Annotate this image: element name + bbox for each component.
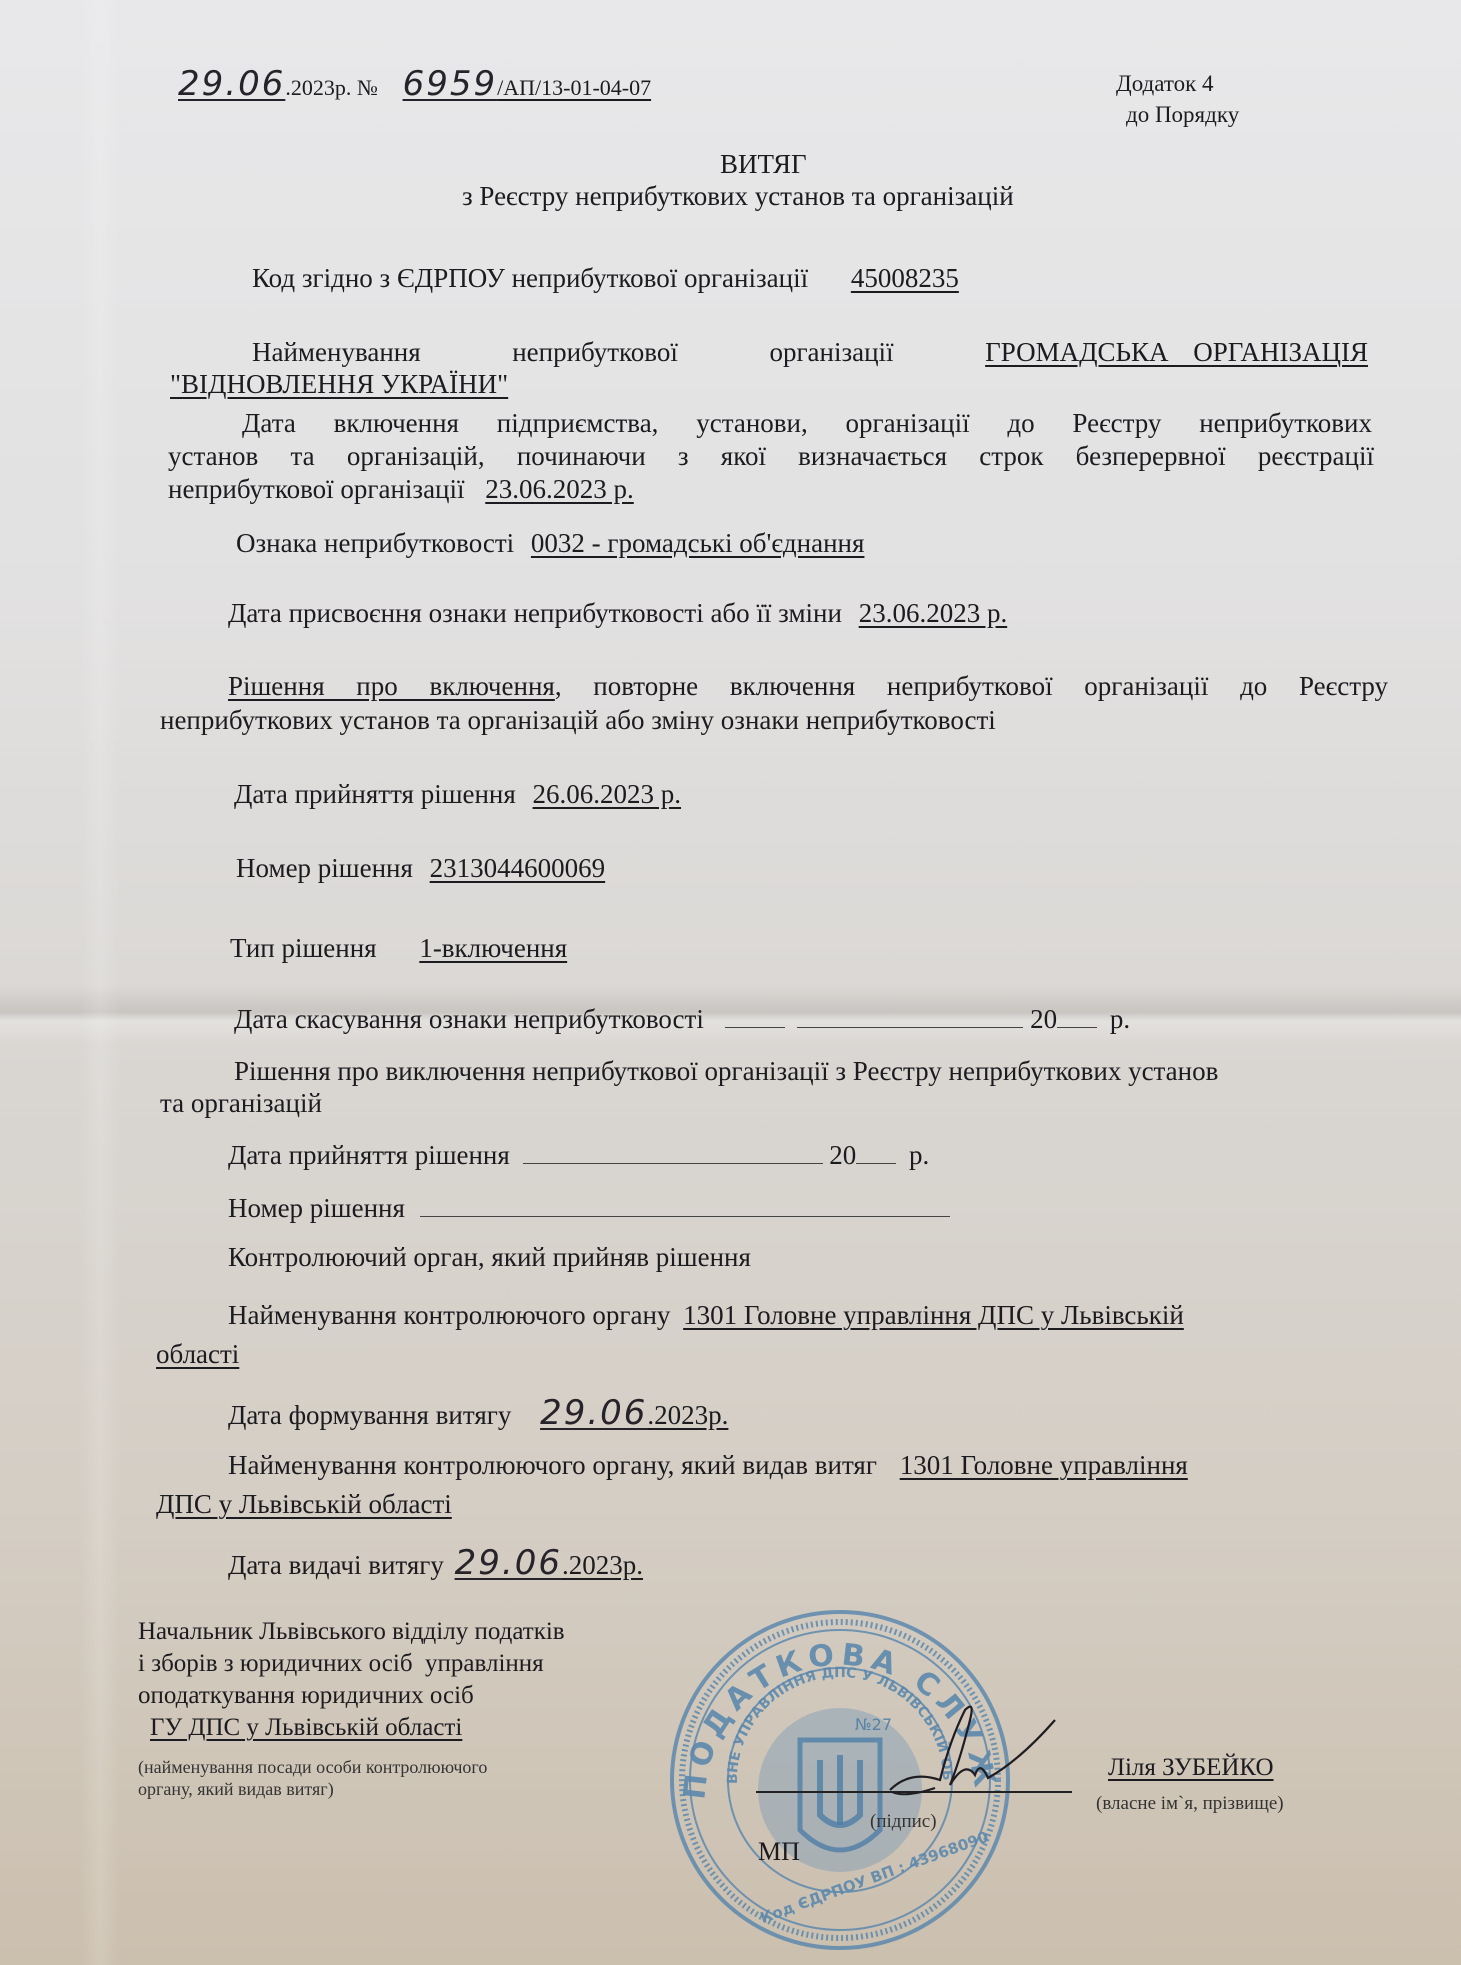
position-caption-line1: (найменування посади особи контролюючого <box>138 1758 487 1778</box>
exclusion-line2: та організацій <box>160 1089 322 1119</box>
authority-name-value-line2: області <box>156 1339 239 1369</box>
position-line2: і зборів з юридичних осіб управління <box>138 1650 544 1678</box>
authority-name-label: Найменування контролюючого органу <box>228 1300 670 1330</box>
handwritten-signature-icon <box>880 1700 1060 1810</box>
exclusion-date-year-blank[interactable] <box>856 1141 896 1164</box>
formation-date-handwritten: 29.06 <box>540 1393 647 1433</box>
exclusion-date-blank[interactable] <box>523 1141 823 1164</box>
inclusion-label-line3: неприбуткової організації <box>168 474 465 504</box>
position-line3: оподаткування юридичних осіб <box>138 1682 474 1710</box>
issuer-row2: ДПС у Львівській області <box>156 1490 452 1520</box>
edrpou-label: Код згідно з ЄДРПОУ неприбуткової органі… <box>252 263 808 293</box>
seal-mark: МП <box>758 1838 800 1867</box>
formation-date-suffix: .2023р. <box>647 1400 728 1430</box>
position-caption-line2: органу, який видав витяг) <box>138 1780 334 1800</box>
exclusion-line1: Рішення про виключення неприбуткової орг… <box>234 1057 1218 1087</box>
position-line1: Начальник Львівського відділу податків <box>138 1618 565 1646</box>
exclusion-date-century: 20 <box>829 1140 856 1170</box>
reference-number-suffix: /АП/13-01-04-07 <box>497 75 651 100</box>
reference-line: 29.06.2023р. № 6959/АП/13-01-04-07 <box>178 66 651 103</box>
cancel-date-day-blank[interactable] <box>725 1005 785 1028</box>
reference-number-handwritten: 6959 <box>403 64 498 104</box>
nonprofit-sign-row: Ознака неприбутковості 0032 - громадські… <box>236 529 864 559</box>
sign-date-row: Дата присвоєння ознаки неприбутковості а… <box>228 599 1007 629</box>
position-org: ГУ ДПС у Львівській області <box>142 1714 462 1741</box>
edrpou-value: 45008235 <box>851 263 959 293</box>
org-name-label-word1: Найменування <box>252 338 421 368</box>
inclusion-row: неприбуткової організації 23.06.2023 р. <box>168 475 634 505</box>
appendix-order: до Порядку <box>1126 102 1239 127</box>
formation-date-row: Дата формування витягу 29.06.2023р. <box>228 1395 728 1432</box>
cancel-date-century: 20 <box>1030 1004 1057 1034</box>
signer-name-row: Ліля ЗУБЕЙКО <box>1108 1754 1274 1782</box>
cancel-date-row: Дата скасування ознаки неприбутковості 2… <box>234 1005 1130 1035</box>
org-name-value-part2-row: "ВІДНОВЛЕННЯ УКРАЇНИ" <box>170 370 508 400</box>
document-subtitle: з Реєстру неприбуткових установ та орган… <box>462 182 1014 212</box>
decision-date-label: Дата прийняття рішення <box>234 779 516 809</box>
issuer-row: Найменування контролюючого органу, який … <box>228 1451 1188 1481</box>
decision-type-row: Тип рішення 1-включення <box>230 934 567 964</box>
cancel-date-month-blank[interactable] <box>797 1005 1023 1028</box>
inclusion-label-line2: установ та організацій, починаючи з якої… <box>168 441 1374 472</box>
decision-number-row: Номер рішення 2313044600069 <box>236 854 605 884</box>
decision-inclusion-rest: , повторне включення неприбуткової орган… <box>555 671 1388 701</box>
position-line4: ГУ ДПС у Львівській області <box>142 1714 462 1742</box>
issuer-value-line1: 1301 Головне управління <box>900 1450 1188 1480</box>
authority-heading: Контролюючий орган, який прийняв рішення <box>228 1243 751 1273</box>
signer-caption: (власне ім`я, прізвище) <box>1096 1794 1284 1815</box>
decision-inclusion-underlined: Рішення про включення <box>228 671 555 701</box>
authority-name-row2: області <box>156 1340 239 1370</box>
org-name-row: Найменування неприбуткової організації Г… <box>252 338 1368 368</box>
decision-date-row: Дата прийняття рішення 26.06.2023 р. <box>234 780 681 810</box>
sign-date-label: Дата присвоєння ознаки неприбутковості а… <box>228 598 842 628</box>
org-name-value-part2: "ВІДНОВЛЕННЯ УКРАЇНИ" <box>170 369 508 399</box>
org-name-value-part1: ГРОМАДСЬКА ОРГАНІЗАЦІЯ <box>985 338 1368 368</box>
issue-date-suffix: .2023р. <box>562 1550 643 1580</box>
exclusion-number-blank[interactable] <box>420 1194 950 1217</box>
paper-highlight <box>80 0 120 1965</box>
cancel-date-year-blank[interactable] <box>1057 1005 1097 1028</box>
exclusion-date-label: Дата прийняття рішення <box>228 1140 510 1170</box>
decision-number-label: Номер рішення <box>236 853 413 883</box>
edrpou-row: Код згідно з ЄДРПОУ неприбуткової органі… <box>252 264 959 294</box>
authority-name-row: Найменування контролюючого органу 1301 Г… <box>228 1301 1184 1331</box>
formation-date-label: Дата формування витягу <box>228 1400 511 1430</box>
issue-date-row: Дата видачі витягу 29.06.2023р. <box>228 1545 643 1582</box>
nonprofit-sign-value: 0032 - громадські об'єднання <box>531 528 865 558</box>
sign-date-value: 23.06.2023 р. <box>859 598 1008 628</box>
issue-date-handwritten: 29.06 <box>455 1543 562 1583</box>
decision-number-value: 2313044600069 <box>430 853 606 883</box>
appendix-label: Додаток 4 <box>1116 71 1214 96</box>
inclusion-value: 23.06.2023 р. <box>485 474 634 504</box>
exclusion-number-label: Номер рішення <box>228 1193 405 1223</box>
reference-date-handwritten: 29.06 <box>178 64 285 104</box>
decision-type-value: 1-включення <box>419 933 567 963</box>
issue-date-label: Дата видачі витягу <box>228 1550 444 1580</box>
decision-date-value: 26.06.2023 р. <box>533 779 682 809</box>
org-name-label-word3: організації <box>769 338 893 368</box>
cancel-date-label: Дата скасування ознаки неприбутковості <box>234 1004 704 1034</box>
document-title: ВИТЯГ <box>720 150 807 180</box>
cancel-date-suffix: р. <box>1110 1004 1130 1034</box>
decision-type-label: Тип рішення <box>230 933 377 963</box>
decision-inclusion-line2: неприбуткових установ та організацій або… <box>160 706 996 736</box>
exclusion-date-row: Дата прийняття рішення 20 р. <box>228 1141 929 1171</box>
exclusion-number-row: Номер рішення <box>228 1194 950 1224</box>
issuer-label: Найменування контролюючого органу, який … <box>228 1450 877 1480</box>
signer-name: Ліля ЗУБЕЙКО <box>1108 1754 1274 1781</box>
issuer-value-line2: ДПС у Львівській області <box>156 1489 452 1519</box>
inclusion-label-line1: Дата включення підприємства, установи, о… <box>242 408 1372 439</box>
reference-year: .2023р. № <box>285 75 378 100</box>
org-name-label-word2: неприбуткової <box>512 338 678 368</box>
authority-name-value-line1: 1301 Головне управління ДПС у Львівській <box>683 1300 1184 1330</box>
signature-caption: (підпис) <box>870 1812 937 1833</box>
exclusion-date-suffix: р. <box>909 1140 929 1170</box>
nonprofit-sign-label: Ознака неприбутковості <box>236 528 514 558</box>
decision-inclusion-line1: Рішення про включення, повторне включенн… <box>228 671 1388 702</box>
